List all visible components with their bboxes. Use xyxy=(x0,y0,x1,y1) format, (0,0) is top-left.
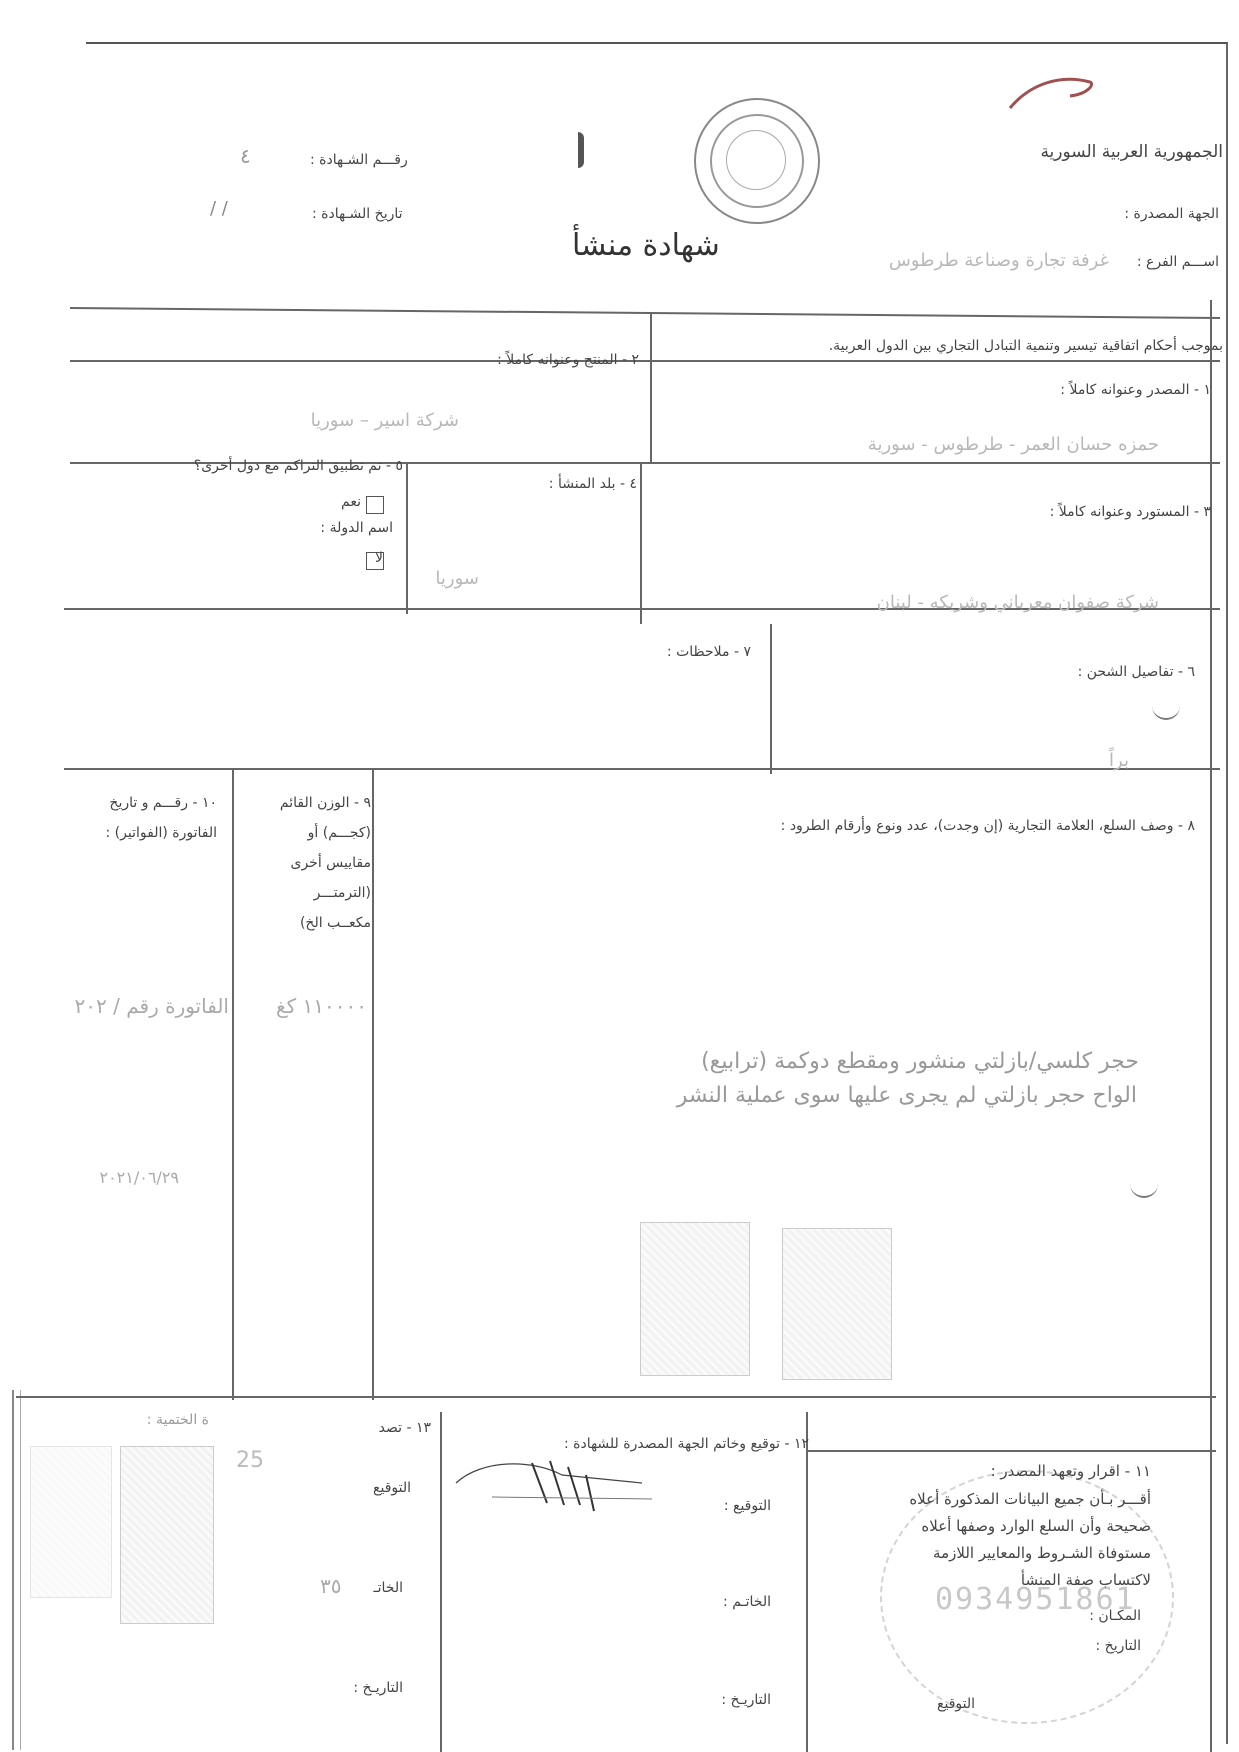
exporter-declaration-title: ١١ - اقرار وتعهد المصدر : xyxy=(991,1462,1151,1480)
notes-label: ٧ - ملاحظات : xyxy=(667,644,751,660)
exporter-value: حمزه حسان العمر - طرطوس - سورية xyxy=(868,434,1159,455)
divider xyxy=(232,770,234,1400)
goods-description-label: ٨ - وصف السلع، العلامة التجارية (إن وجدت… xyxy=(781,818,1195,834)
divider xyxy=(16,1396,1216,1398)
certificate-number-label: رقـــم الشـهادة : xyxy=(310,152,408,168)
gross-weight-label-line: (كجـــم) أو xyxy=(280,818,371,848)
divider xyxy=(406,462,408,614)
shipping-details-label: ٦ - تفاصيل الشحن : xyxy=(1078,664,1195,680)
declaration-line: صحيحة وأن السلع الوارد وصفها أعلاه xyxy=(909,1513,1151,1540)
gross-weight-label-line: مقاييس أخرى xyxy=(280,848,371,878)
exporter-label: ١ - المصدر وعنوانه كاملاً : xyxy=(1060,382,1211,398)
cumulation-yes-checkbox[interactable] xyxy=(366,496,384,514)
certificate-date-label: تاريخ الشـهادة : xyxy=(312,206,403,222)
divider xyxy=(806,1450,1216,1452)
gross-weight-value: ١١٠٠٠٠ كغ xyxy=(276,994,367,1018)
origin-country-value: سوريا xyxy=(435,568,479,589)
issuer-stamp-label: الخاتـم : xyxy=(723,1594,771,1610)
gross-weight-label-line: مكعــب الخ) xyxy=(280,908,371,938)
cumulation-country-name-label: اسم الدولة : xyxy=(320,520,393,536)
exporter-place-label: المكـان : xyxy=(1089,1608,1141,1624)
branch-value: غرفة تجارة وصناعة طرطوس xyxy=(889,250,1109,271)
certification-stamp-label: الخاتـ xyxy=(374,1580,403,1596)
certification-title-tail: ة الختمية : xyxy=(147,1412,209,1428)
importer-label: ٣ - المستورد وعنوانه كاملاً : xyxy=(1050,504,1211,520)
agreement-text: بموجب أحكام اتفاقية تيسير وتنمية التبادل… xyxy=(829,338,1223,354)
invoice-label-line: ١٠ - رقـــم و تاريخ xyxy=(106,788,217,818)
goods-description-line-2: الواح حجر بازلتي لم يجرى عليها سوى عملية… xyxy=(677,1080,1137,1112)
invoice-label-line: الفاتورة (الفواتير) : xyxy=(106,818,217,848)
exporter-declaration-body: أقـــر بـأن جميع البيانات المذكورة أعلاه… xyxy=(909,1486,1151,1594)
country-name: الجمهورية العربية السورية xyxy=(1040,142,1223,162)
divider xyxy=(372,770,374,1400)
handwritten-signature-icon xyxy=(452,1455,652,1535)
branch-label: اســـم الفرع : xyxy=(1137,254,1219,270)
invoice-label: ١٠ - رقـــم و تاريخ الفاتورة (الفواتير) … xyxy=(106,788,217,848)
goods-description-line-1: حجر كلسي/بازلتي منشور ومقطع دوكمة (ترابي… xyxy=(701,1046,1139,1078)
certification-signature-label: التوقيع xyxy=(373,1480,411,1496)
producer-label: ٢ - المنتج وعنوانه كاملاً : xyxy=(497,352,639,368)
registration-mark xyxy=(578,132,584,168)
origin-country-label: ٤ - بلد المنشأ : xyxy=(549,476,637,492)
gross-weight-label-line: (الترمتـــر xyxy=(280,878,371,908)
invoice-date-value: ٢٠٢١/٠٦/٢٩ xyxy=(99,1168,179,1187)
exporter-date-label: التاريخ : xyxy=(1095,1638,1141,1654)
divider xyxy=(440,1412,442,1752)
importer-value: شركة صفوان معرباني وشريكه - لبنان xyxy=(877,592,1159,613)
certification-title: ١٣ - تصد xyxy=(379,1420,431,1436)
divider xyxy=(70,360,1220,362)
paper-clip-icon xyxy=(1000,74,1100,114)
certification-revenue-stamp-icon xyxy=(120,1446,214,1624)
shipping-details-value: براً xyxy=(1109,750,1129,771)
cumulation-label: ٥ - تم تطبيق التراكم مع دول أخرى؟ xyxy=(194,458,403,474)
gross-weight-label: ٩ - الوزن القائم (كجـــم) أو مقاييس أخرى… xyxy=(280,788,371,938)
divider xyxy=(770,624,772,774)
invoice-number-value: الفاتورة رقم / ٢٠٢ xyxy=(75,994,229,1018)
declaration-line: مستوفاة الشـروط والمعايير اللازمة xyxy=(909,1540,1151,1567)
revenue-stamp-icon xyxy=(640,1222,750,1376)
exporter-signature-label: التوقيع xyxy=(937,1696,975,1712)
producer-value: شركة اسير – سوريا xyxy=(311,410,459,431)
fee-stamp-value: 25 xyxy=(236,1448,264,1473)
divider xyxy=(64,768,1220,770)
faded-stamp-icon xyxy=(30,1446,112,1598)
revenue-stamp-icon xyxy=(782,1228,892,1380)
certificate-number-value: ٤ xyxy=(240,144,251,168)
cumulation-yes-label: نعم xyxy=(341,494,361,510)
certification-date-label: التاريـخ : xyxy=(353,1680,403,1696)
declaration-line: أقـــر بـأن جميع البيانات المذكورة أعلاه xyxy=(909,1486,1151,1513)
issuer-label: الجهة المصدرة : xyxy=(1124,206,1219,222)
document-title: شهادة منشأ xyxy=(572,228,720,263)
divider xyxy=(806,1412,808,1752)
gross-weight-label-line: ٩ - الوزن القائم xyxy=(280,788,371,818)
divider xyxy=(650,312,652,464)
declaration-line: لاكتساب صفة المنشأ xyxy=(909,1567,1151,1594)
issuer-signature-label: التوقيع : xyxy=(724,1498,771,1514)
certification-stamp-value: ٣٥ xyxy=(320,1574,341,1598)
document-frame-left-edge xyxy=(12,1390,21,1750)
arab-league-emblem-icon xyxy=(694,98,820,224)
divider xyxy=(640,462,642,624)
issuer-signature-title: ١٢ - توقيع وخاتم الجهة المصدرة للشهادة : xyxy=(564,1436,809,1452)
cumulation-no-label: لا xyxy=(375,550,383,566)
issuer-date-label: التاريـخ : xyxy=(721,1692,771,1708)
certificate-date-value: / / xyxy=(210,198,228,219)
